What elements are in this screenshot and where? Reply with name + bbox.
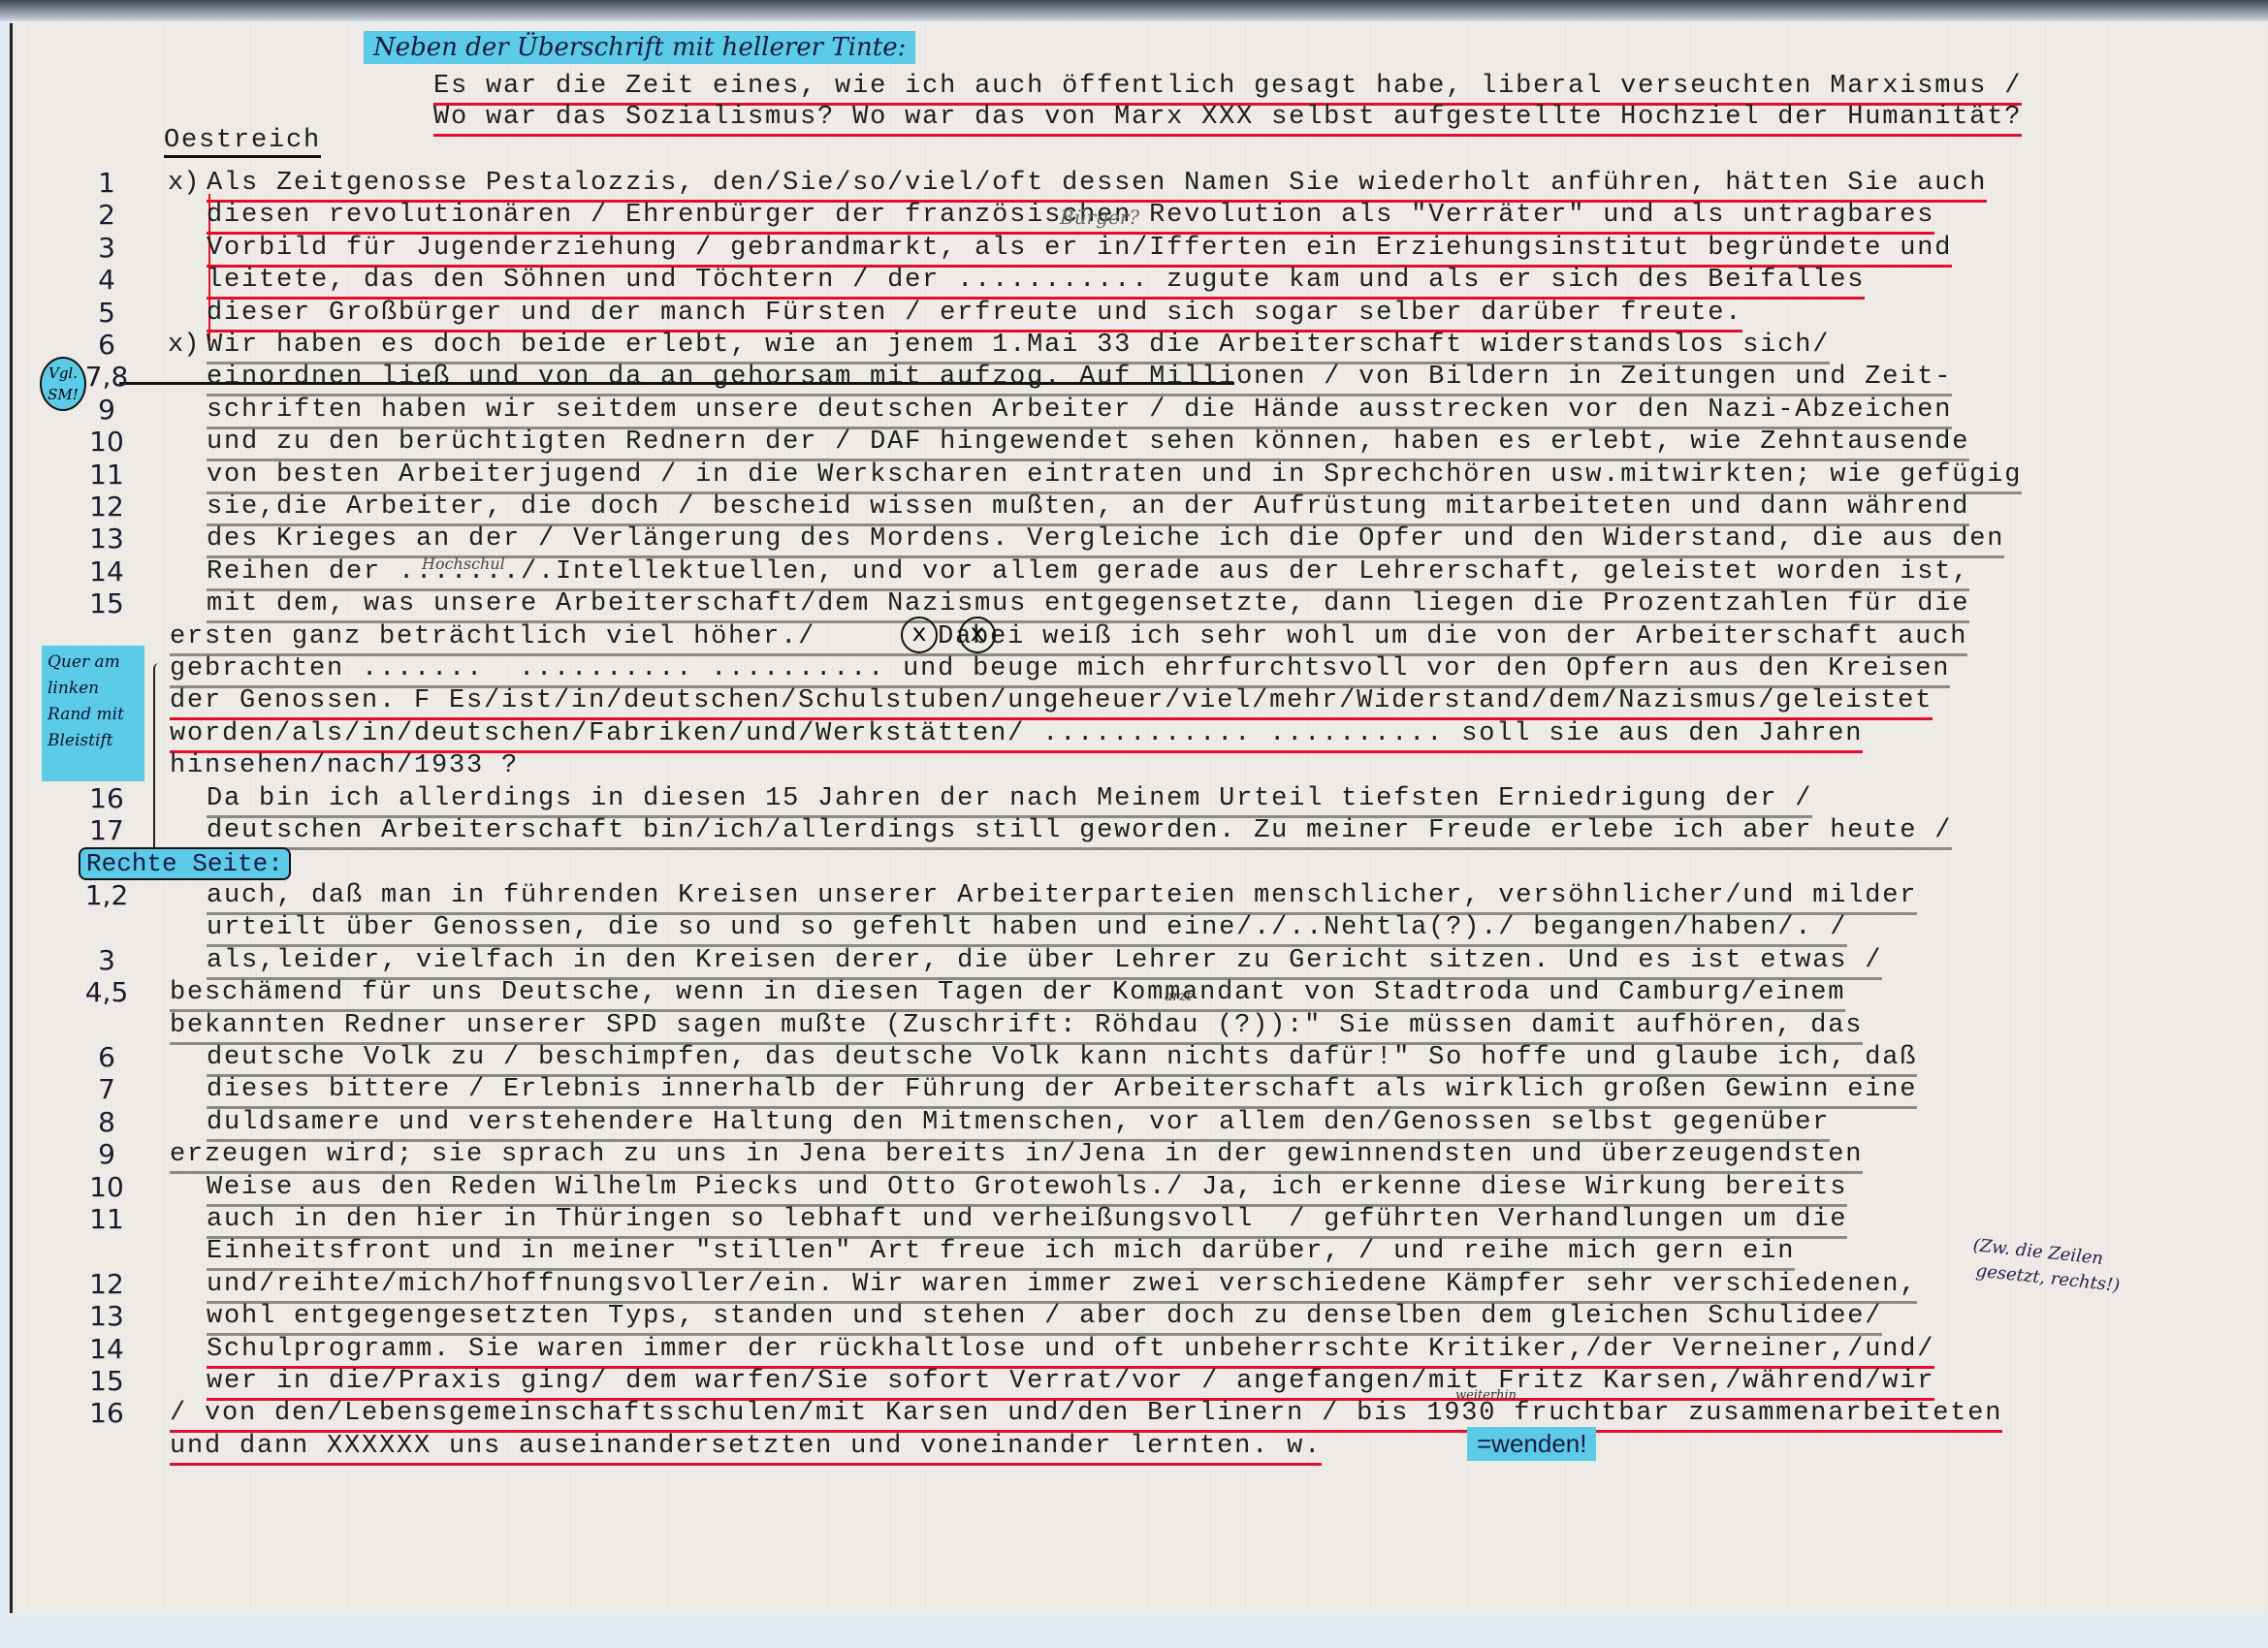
line-number: 16 [73, 782, 141, 814]
line-number: 11 [73, 1203, 141, 1235]
circled-x-mark: x [959, 617, 996, 653]
line-number: 7,8 [73, 361, 141, 393]
line-number: 4,5 [73, 976, 141, 1008]
text-line: worden/als/in/deutschen/Fabriken/und/Wer… [170, 719, 1863, 753]
hochschul-note: Hochschul [422, 555, 505, 573]
text-line: urteilt über Genossen, die so und so gef… [207, 913, 1847, 947]
line-number: 9 [73, 394, 141, 426]
text-line: Als Zeitgenosse Pestalozzis, den/Sie/so/… [207, 169, 1987, 203]
text-line: und/reihte/mich/hoffnungsvoller/ein. Wir… [207, 1270, 1917, 1304]
text-line: bekannten Redner unserer SPD sagen mußte… [170, 1011, 1863, 1045]
rechte-seite-label: Rechte Seite: [79, 847, 291, 880]
text-line: deutsche Volk zu / beschimpfen, das deut… [207, 1043, 1917, 1077]
document-page: Neben der Überschrift mit hellerer Tinte… [10, 23, 2268, 1613]
text-line: Wir haben es doch beide erlebt, wie an j… [207, 331, 1830, 364]
text-line: duldsamere und verstehendere Haltung den… [207, 1108, 1830, 1142]
text-line: Vorbild für Jugenderziehung / gebrandmar… [207, 234, 1952, 268]
text-line: hinsehen/nach/1933 ? [170, 751, 519, 780]
section-title: Oestreich [164, 126, 321, 158]
text-line: erzeugen wird; sie sprach zu uns in Jena… [170, 1140, 1863, 1174]
text-line: der Genossen. F Es/ist/in/deutschen/Schu… [170, 686, 1933, 720]
line-number: 9 [73, 1138, 141, 1170]
text-line: ersten ganz beträchtlich viel höher./ Da… [170, 622, 1967, 656]
line-number: 5 [73, 297, 141, 329]
weiterhin-note: weiterhin [1455, 1388, 1517, 1403]
text-line: beschämend für uns Deutsche, wenn in die… [170, 978, 1845, 1012]
text-line: gebrachten ....... .......... ..........… [170, 654, 1950, 688]
text-line: auch in den hier in Thüringen so lebhaft… [207, 1205, 1847, 1239]
line-number: 2 [73, 199, 141, 231]
text-line: und zu den berüchtigten Rednern der / DA… [207, 428, 1969, 461]
text-line: einordnen ließ und von da an gehorsam mi… [207, 363, 1952, 396]
line-number: 13 [73, 523, 141, 555]
text-line: wohl entgegengesetzten Typs, standen und… [207, 1302, 1882, 1336]
left-margin-note: Quer am linken Rand mit Bleistift [42, 646, 144, 781]
line-number: 14 [73, 1333, 141, 1365]
line-number: 16 [73, 1397, 141, 1429]
line-number: 10 [73, 1171, 141, 1203]
brace-mark [153, 663, 167, 867]
text-line: als,leider, vielfach in den Kreisen dere… [207, 946, 1882, 980]
text-line: leitete, das den Söhnen und Töchtern / d… [207, 266, 1865, 300]
line-number: 15 [73, 587, 141, 619]
text-line: von besten Arbeiterjugend / in die Werks… [207, 460, 2022, 494]
line-number: 3 [73, 944, 141, 976]
text-line: dieser Großbürger und der manch Fürsten … [207, 299, 1742, 333]
header-line-2: Wo war das Sozialismus? Wo war das von M… [433, 103, 2022, 137]
scanner-edge [0, 0, 2268, 21]
text-line: und dann XXXXXX uns auseinandersetzten u… [170, 1432, 1322, 1466]
right-margin-note: (Zw. die Zeilen gesetzt, rechts!) [1969, 1233, 2124, 1299]
header-line-1: Es war die Zeit eines, wie ich auch öffe… [433, 72, 2022, 106]
text-line: Da bin ich allerdings in diesen 15 Jahre… [207, 784, 1812, 818]
line-number: 4 [73, 264, 141, 296]
line-number: 13 [73, 1300, 141, 1332]
text-line: wer in die/Praxis ging/ dem warfen/Sie s… [207, 1367, 1934, 1401]
text-line: mit dem, was unsere Arbeiterschaft/dem N… [207, 589, 1969, 623]
line-number: 6 [73, 329, 141, 361]
line-number: 3 [73, 232, 141, 264]
text-line: dieses bittere / Erlebnis innerhalb der … [207, 1075, 1917, 1109]
line-number: 12 [73, 491, 141, 523]
header-note: Neben der Überschrift mit hellerer Tinte… [364, 31, 915, 64]
line-number: 15 [73, 1365, 141, 1397]
line-number: 8 [73, 1106, 141, 1138]
text-line: / von den/Lebensgemeinschaftsschulen/mit… [170, 1399, 2002, 1433]
line-number: 11 [73, 459, 141, 491]
text-line: Schulprogramm. Sie waren immer der rückh… [207, 1335, 1934, 1369]
circled-x-mark: x [901, 617, 938, 653]
line-number: 1 [73, 167, 141, 199]
line-number: 7 [73, 1073, 141, 1105]
line-number: 6 [73, 1041, 141, 1073]
x-mark: x) [168, 331, 199, 360]
buerger-note: Bürger? [1060, 206, 1139, 229]
text-line: auch, daß man in führenden Kreisen unser… [207, 881, 1917, 915]
wenden-note: =wenden! [1467, 1427, 1596, 1461]
line-number: 12 [73, 1268, 141, 1300]
arzt-note: arzt [1165, 989, 1192, 1004]
text-line: deutschen Arbeiterschaft bin/ich/allerdi… [207, 816, 1952, 850]
text-line: sie,die Arbeiter, die doch / bescheid wi… [207, 492, 1969, 526]
line-number: 14 [73, 555, 141, 587]
text-line: Weise aus den Reden Wilhelm Piecks und O… [207, 1173, 1847, 1207]
line-number: 1,2 [73, 879, 141, 911]
text-line: Einheitsfront und in meiner "stillen" Ar… [207, 1237, 1795, 1271]
text-line: schriften haben wir seitdem unsere deuts… [207, 396, 1952, 429]
line-number: 10 [73, 426, 141, 458]
x-mark: x) [168, 169, 199, 198]
line-number: 17 [73, 814, 141, 846]
